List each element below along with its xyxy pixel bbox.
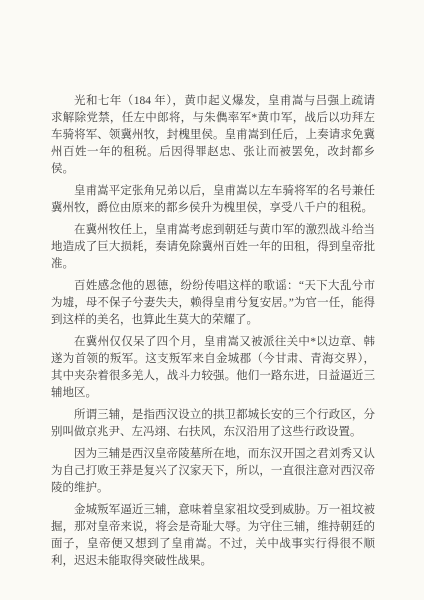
document-page: 光和七年（184 年），黄巾起义爆发，皇甫嵩与吕强上疏请求解除党禁，任左中郎将，… (51, 93, 375, 575)
paragraph-4: 百姓感念他的恩德，纷纷传唱这样的歌谣：“天下大乱兮市为墟，母不保子兮妻失夫，赖得… (51, 278, 375, 329)
paragraph-2: 皇甫嵩平定张角兄弟以后，皇甫嵩以左车骑将军的名号兼任冀州牧，爵位由原来的都乡侯升… (51, 183, 375, 217)
paragraph-3: 在冀州牧任上，皇甫嵩考虑到朝廷与黄巾军的激烈战斗给当地造成了巨大损耗，奏请免除冀… (51, 222, 375, 273)
paragraph-5: 在冀州仅仅呆了四个月，皇甫嵩又被派往关中*以边章、韩遂为首领的叛军。这支叛军来自… (51, 334, 375, 402)
paragraph-1: 光和七年（184 年），黄巾起义爆发，皇甫嵩与吕强上疏请求解除党禁，任左中郎将，… (51, 93, 375, 178)
paragraph-6: 所谓三辅，是指西汉设立的拱卫都城长安的三个行政区，分别叫做京兆尹、左冯翊、右扶风… (51, 407, 375, 441)
paragraph-7: 因为三辅是西汉皇帝陵墓所在地，而东汉开国之君刘秀又认为自己打败王莽是复兴了汉家天… (51, 446, 375, 497)
paragraph-8: 金城叛军逼近三辅，意味着皇家祖坟受到威胁。万一祖坟被掘，那对皇帝来说，将会是奇耻… (51, 502, 375, 570)
